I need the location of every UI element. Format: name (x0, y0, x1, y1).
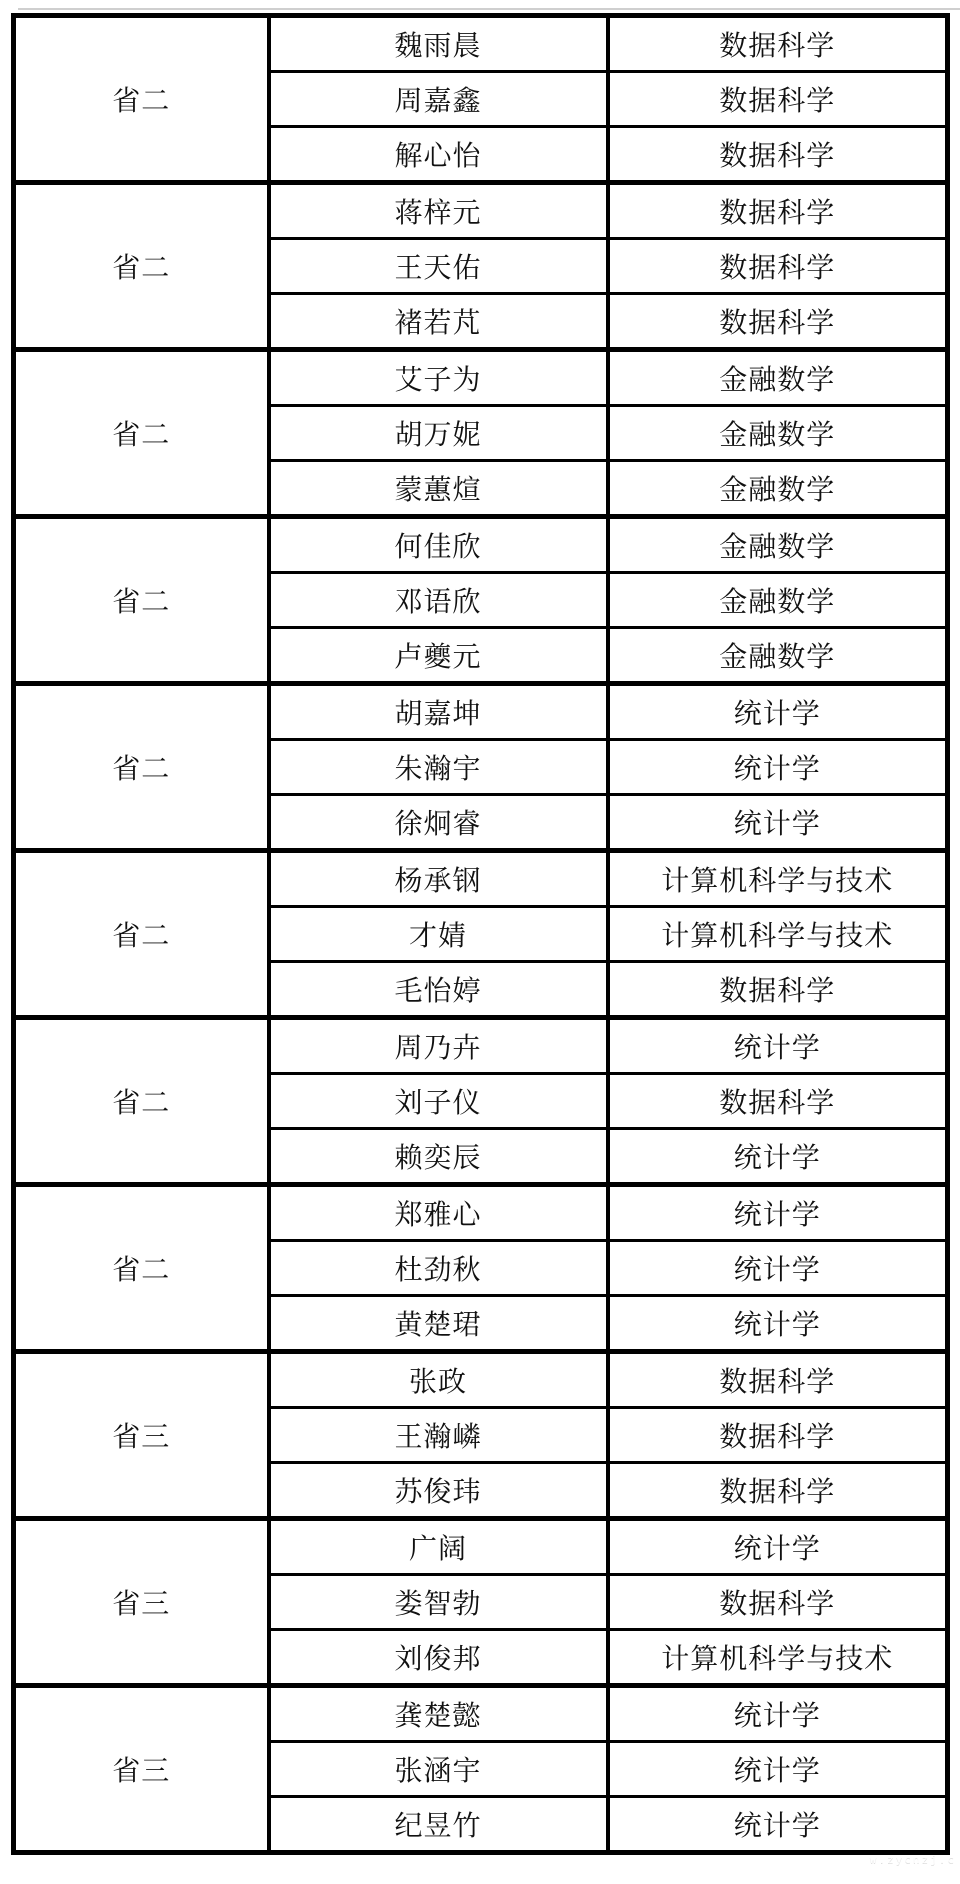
award-level-cell: 省三 (14, 1352, 269, 1519)
major-cell: 数据科学 (608, 16, 948, 72)
student-name-cell: 徐炯睿 (269, 795, 608, 851)
major-cell: 统计学 (608, 684, 948, 740)
student-name-cell: 黄楚珺 (269, 1296, 608, 1352)
award-level-cell: 省二 (14, 1018, 269, 1185)
table-row: 省二周乃卉统计学 (14, 1018, 948, 1074)
student-name-cell: 胡万妮 (269, 406, 608, 461)
student-name-cell: 刘子仪 (269, 1074, 608, 1129)
student-name-cell: 刘俊邦 (269, 1630, 608, 1686)
major-cell: 数据科学 (608, 1408, 948, 1463)
major-cell: 统计学 (608, 1797, 948, 1853)
student-name-cell: 广阔 (269, 1519, 608, 1575)
student-name-cell: 王天佑 (269, 239, 608, 294)
major-cell: 数据科学 (608, 72, 948, 127)
award-level-cell: 省三 (14, 1519, 269, 1686)
student-name-cell: 张政 (269, 1352, 608, 1408)
major-cell: 统计学 (608, 1519, 948, 1575)
major-cell: 金融数学 (608, 517, 948, 573)
award-level-cell: 省二 (14, 517, 269, 684)
student-name-cell: 赖奕辰 (269, 1129, 608, 1185)
major-cell: 数据科学 (608, 962, 948, 1018)
student-name-cell: 蒋梓元 (269, 183, 608, 239)
major-cell: 数据科学 (608, 1352, 948, 1408)
award-table: 省二魏雨晨数据科学周嘉鑫数据科学解心怡数据科学省二蒋梓元数据科学王天佑数据科学褚… (11, 13, 950, 1855)
student-name-cell: 周嘉鑫 (269, 72, 608, 127)
major-cell: 统计学 (608, 1686, 948, 1742)
major-cell: 金融数学 (608, 350, 948, 406)
table-row: 省二杨承钢计算机科学与技术 (14, 851, 948, 907)
table-row: 省二蒋梓元数据科学 (14, 183, 948, 239)
major-cell: 计算机科学与技术 (608, 907, 948, 962)
table-row: 省二艾子为金融数学 (14, 350, 948, 406)
table-row: 省二何佳欣金融数学 (14, 517, 948, 573)
major-cell: 数据科学 (608, 1575, 948, 1630)
major-cell: 数据科学 (608, 1463, 948, 1519)
student-name-cell: 纪昱竹 (269, 1797, 608, 1853)
student-name-cell: 邓语欣 (269, 573, 608, 628)
award-level-cell: 省二 (14, 350, 269, 517)
student-name-cell: 王瀚嶙 (269, 1408, 608, 1463)
student-name-cell: 苏俊玮 (269, 1463, 608, 1519)
award-level-cell: 省二 (14, 16, 269, 183)
student-name-cell: 蒙蕙煊 (269, 461, 608, 517)
major-cell: 统计学 (608, 1742, 948, 1797)
award-level-cell: 省二 (14, 1185, 269, 1352)
student-name-cell: 杨承钢 (269, 851, 608, 907)
major-cell: 计算机科学与技术 (608, 851, 948, 907)
document-page: 省二魏雨晨数据科学周嘉鑫数据科学解心怡数据科学省二蒋梓元数据科学王天佑数据科学褚… (0, 0, 960, 1884)
table-row: 省三龚楚懿统计学 (14, 1686, 948, 1742)
table-row: 省三广阔统计学 (14, 1519, 948, 1575)
major-cell: 统计学 (608, 1129, 948, 1185)
major-cell: 统计学 (608, 740, 948, 795)
student-name-cell: 朱瀚宇 (269, 740, 608, 795)
major-cell: 数据科学 (608, 127, 948, 183)
major-cell: 金融数学 (608, 461, 948, 517)
major-cell: 统计学 (608, 1241, 948, 1296)
major-cell: 计算机科学与技术 (608, 1630, 948, 1686)
student-name-cell: 解心怡 (269, 127, 608, 183)
major-cell: 数据科学 (608, 294, 948, 350)
student-name-cell: 卢夔元 (269, 628, 608, 684)
major-cell: 数据科学 (608, 1074, 948, 1129)
student-name-cell: 周乃卉 (269, 1018, 608, 1074)
student-name-cell: 魏雨晨 (269, 16, 608, 72)
table-row: 省二魏雨晨数据科学 (14, 16, 948, 72)
award-level-cell: 省二 (14, 183, 269, 350)
award-level-cell: 省二 (14, 851, 269, 1018)
major-cell: 统计学 (608, 795, 948, 851)
table-row: 省二胡嘉坤统计学 (14, 684, 948, 740)
award-level-cell: 省三 (14, 1686, 269, 1853)
major-cell: 数据科学 (608, 183, 948, 239)
student-name-cell: 才婧 (269, 907, 608, 962)
award-level-cell: 省二 (14, 684, 269, 851)
student-name-cell: 艾子为 (269, 350, 608, 406)
student-name-cell: 胡嘉坤 (269, 684, 608, 740)
student-name-cell: 龚楚懿 (269, 1686, 608, 1742)
student-name-cell: 张涵宇 (269, 1742, 608, 1797)
table-row: 省三张政数据科学 (14, 1352, 948, 1408)
cropped-row-hairline (18, 8, 960, 10)
major-cell: 数据科学 (608, 239, 948, 294)
major-cell: 统计学 (608, 1296, 948, 1352)
major-cell: 金融数学 (608, 406, 948, 461)
student-name-cell: 毛怡婷 (269, 962, 608, 1018)
major-cell: 统计学 (608, 1185, 948, 1241)
major-cell: 金融数学 (608, 628, 948, 684)
major-cell: 金融数学 (608, 573, 948, 628)
student-name-cell: 杜劲秋 (269, 1241, 608, 1296)
watermark: w.zycnzj.c (870, 1853, 956, 1866)
student-name-cell: 褚若芃 (269, 294, 608, 350)
table-row: 省二郑雅心统计学 (14, 1185, 948, 1241)
student-name-cell: 郑雅心 (269, 1185, 608, 1241)
student-name-cell: 娄智勃 (269, 1575, 608, 1630)
student-name-cell: 何佳欣 (269, 517, 608, 573)
major-cell: 统计学 (608, 1018, 948, 1074)
